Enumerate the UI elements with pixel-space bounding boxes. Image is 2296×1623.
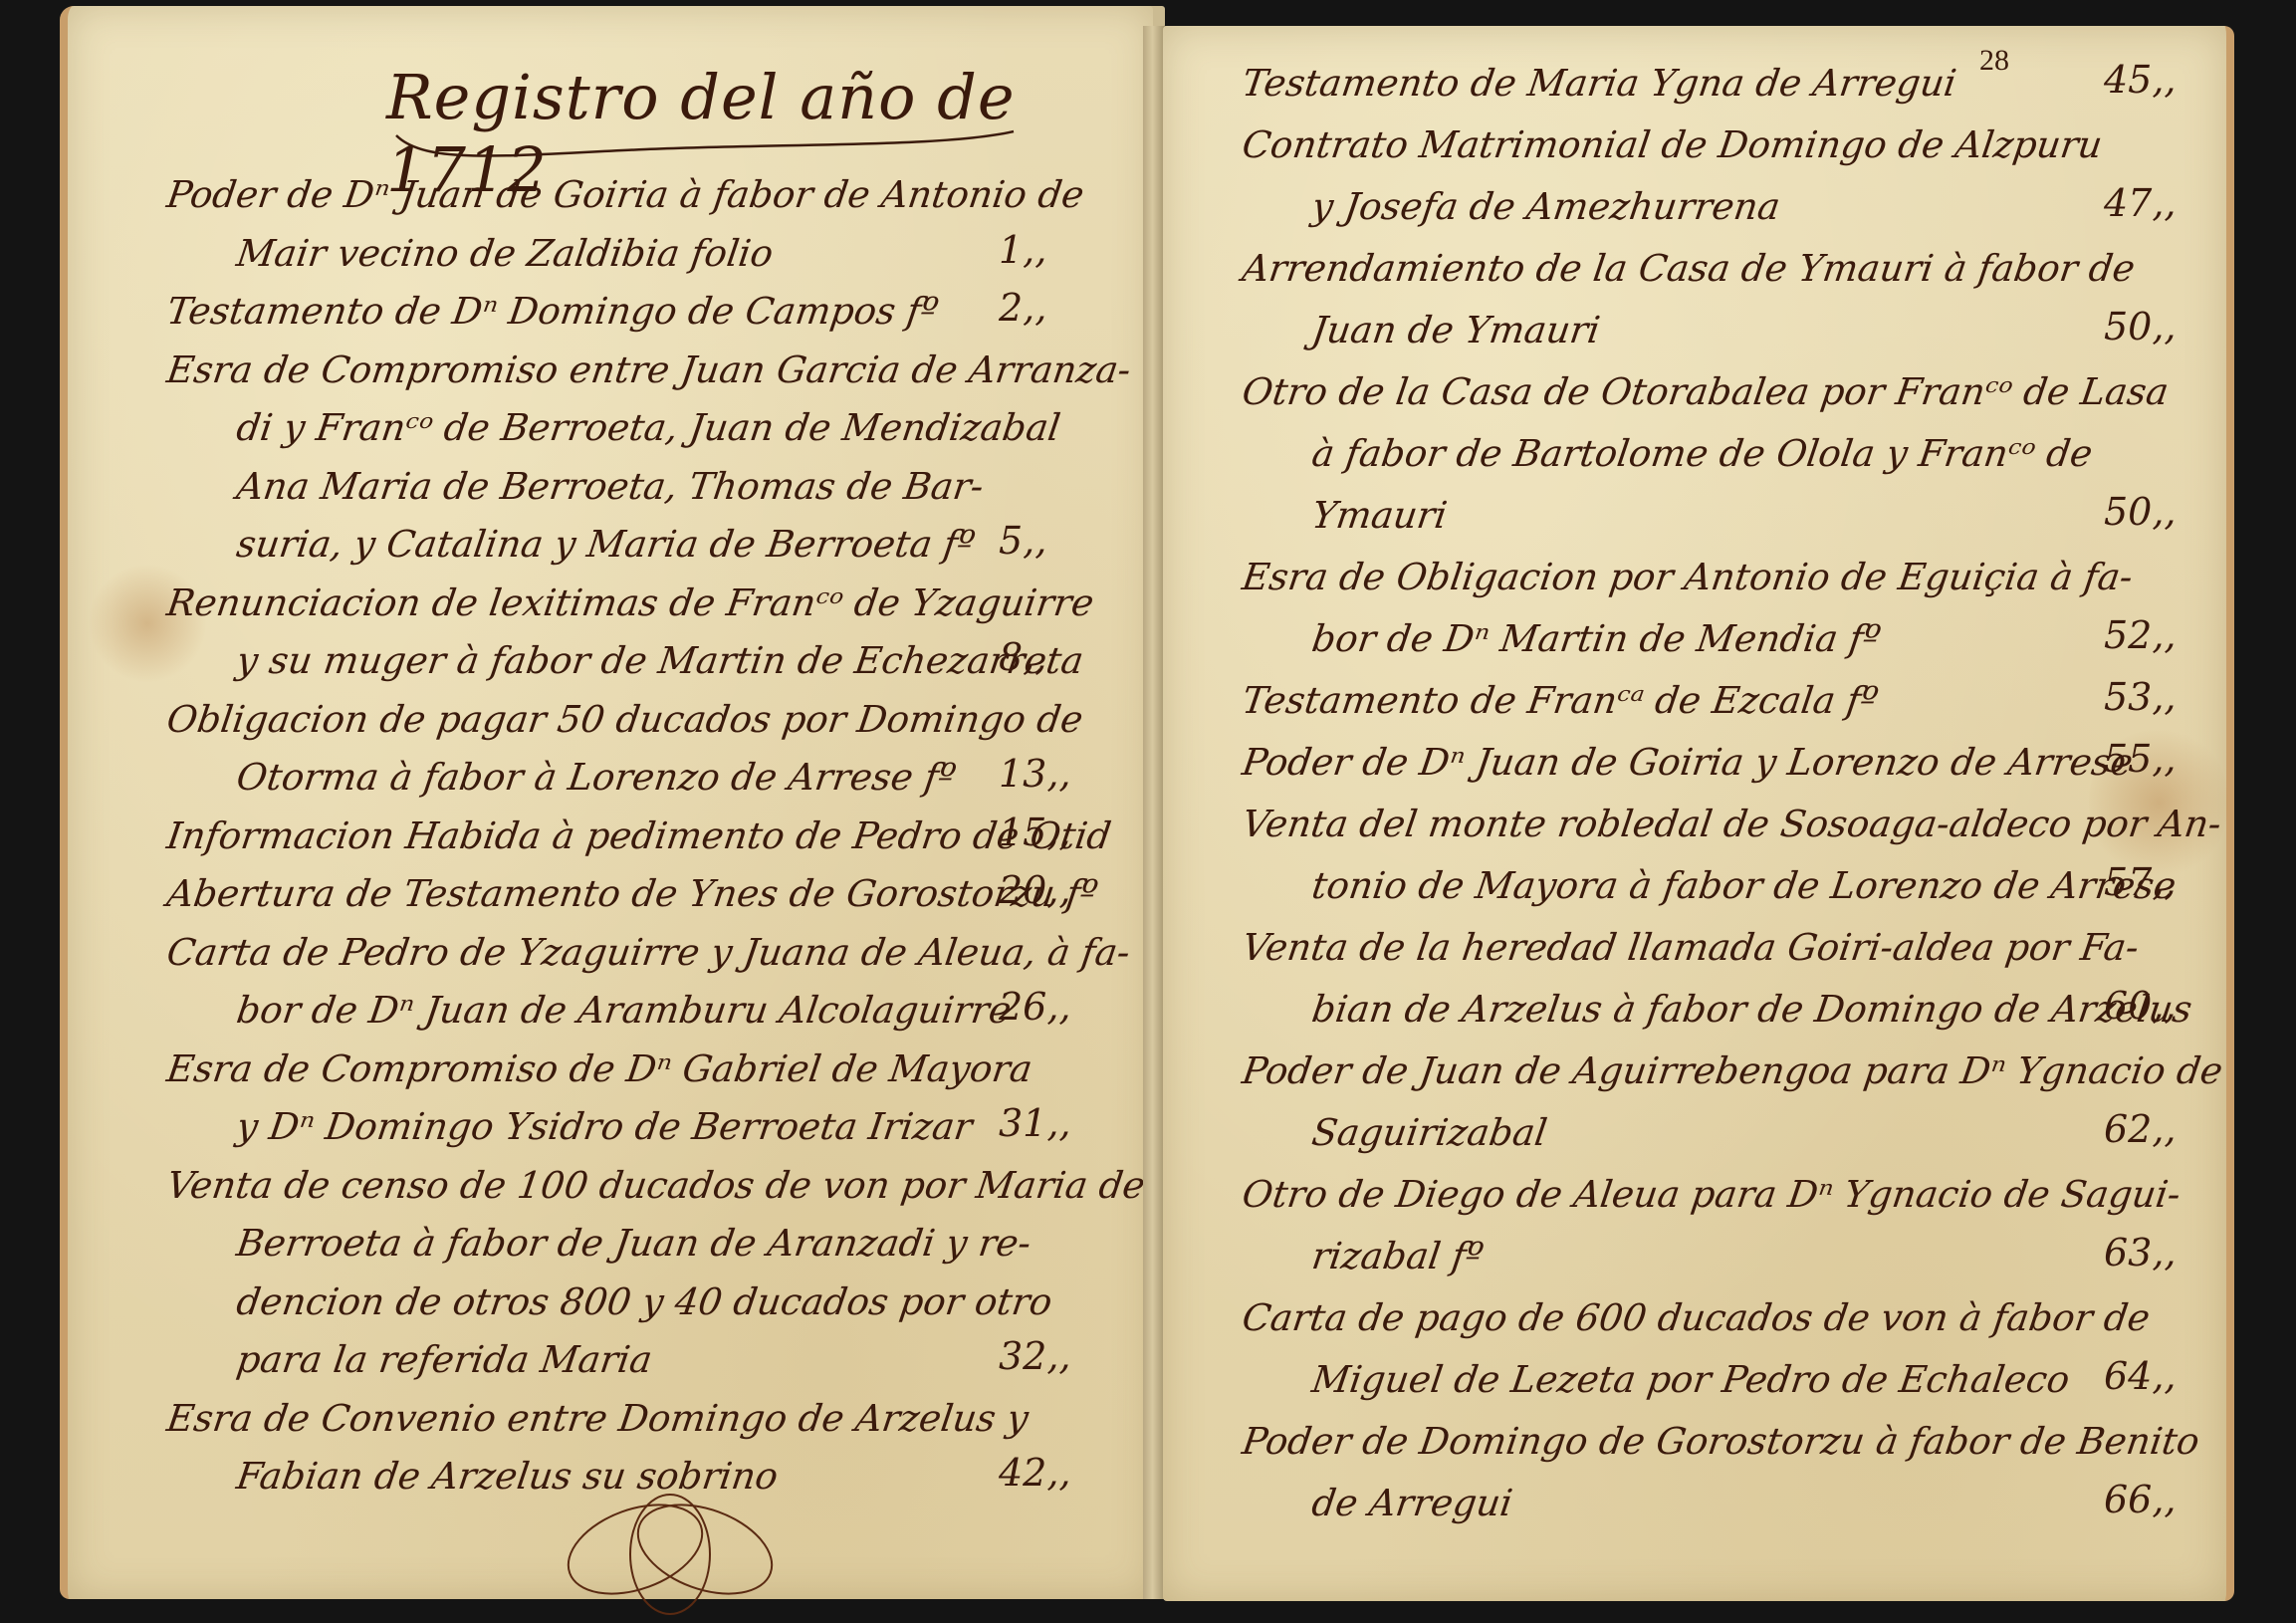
left-page: Registro del año de 1712 Poder de Dⁿ Jua… (60, 6, 1153, 1599)
folio-number: 15,, (999, 811, 1071, 854)
entry-line: Esra de Convenio entre Domingo de Arzelu… (164, 1397, 1032, 1440)
entry-line: Otro de Diego de Aleua para Dⁿ Ygnacio d… (1240, 1173, 2183, 1216)
folio-number: 13,, (999, 752, 1071, 796)
entry-line: Poder de Dⁿ Juan de Goiria à fabor de An… (164, 173, 1086, 216)
entry-line: di y Franᶜᵒ de Berroeta, Juan de Mendiza… (234, 406, 1063, 449)
entry-line: Berroeta à fabor de Juan de Aranzadi y r… (234, 1222, 1033, 1265)
entry-line: Poder de Domingo de Gorostorzu à fabor d… (1240, 1420, 2202, 1463)
entry-line: Renunciacion de lexitimas de Franᶜᵒ de Y… (164, 581, 1096, 624)
entry-line: Contrato Matrimonial de Domingo de Alzpu… (1240, 123, 2105, 166)
entry-line: suria, y Catalina y Maria de Berroeta fº (234, 523, 978, 566)
entry-line: Testamento de Maria Ygna de Arregui (1240, 62, 1958, 105)
entry-line: Venta de la heredad llamada Goiri-aldea … (1240, 926, 2142, 969)
entry-line: tonio de Mayora à fabor de Lorenzo de Ar… (1309, 864, 2179, 907)
folio-number: 55,, (2104, 737, 2177, 781)
folio-number: 50,, (2104, 490, 2177, 534)
entry-line: rizabal fº (1309, 1235, 1487, 1277)
entry-line: Venta del monte robledal de Sosoaga-alde… (1240, 803, 2224, 845)
entry-line: Testamento de Dⁿ Domingo de Campos fº (164, 290, 941, 333)
folio-number: 63,, (2104, 1231, 2177, 1275)
folio-number: 32,, (999, 1334, 1071, 1378)
entry-line: Arrendamiento de la Casa de Ymauri à fab… (1240, 247, 2138, 290)
entry-line: Carta de Pedro de Yzaguirre y Juana de A… (164, 931, 1133, 974)
folio-number: 64,, (2104, 1354, 2177, 1398)
entry-line: à fabor de Bartolome de Olola y Franᶜᵒ d… (1309, 432, 2095, 475)
folio-number: 50,, (2104, 305, 2177, 348)
folio-number: 31,, (999, 1101, 1071, 1145)
folio-number: 45,, (2104, 58, 2177, 102)
entry-line: Ana Maria de Berroeta, Thomas de Bar- (234, 465, 987, 508)
entry-line: Informacion Habida à pedimento de Pedro … (164, 814, 1114, 857)
folio-number: 52,, (2104, 613, 2177, 657)
folio-number: 26,, (999, 985, 1071, 1029)
entry-line: dencion de otros 800 y 40 ducados por ot… (234, 1280, 1054, 1323)
folio-number: 60,, (2104, 984, 2177, 1028)
folio-number: 66,, (2104, 1478, 2177, 1521)
right-page: 28 Testamento de Maria Ygna de Arregui45… (1163, 26, 2234, 1601)
folio-number: 57,, (2104, 860, 2177, 904)
entry-line: Ymauri (1309, 494, 1450, 537)
entry-line: Otro de la Casa de Otorabalea por Franᶜᵒ… (1240, 370, 2172, 413)
entry-line: de Arregui (1309, 1482, 1515, 1524)
folio-number: 2,, (999, 286, 1046, 330)
entry-line: y Dⁿ Domingo Ysidro de Berroeta Irizar (234, 1105, 975, 1148)
entry-line: Carta de pago de 600 ducados de von à fa… (1240, 1296, 2153, 1339)
entry-line: Poder de Juan de Aguirrebengoa para Dⁿ Y… (1240, 1049, 2225, 1092)
entry-line: y su muger à fabor de Martin de Echezarr… (234, 639, 1086, 682)
entry-line: para la referida Maria (234, 1338, 655, 1381)
entry-line: Esra de Obligacion por Antonio de Eguiçi… (1240, 556, 2136, 598)
folio-number: 53,, (2104, 675, 2177, 719)
entry-line: Esra de Compromiso de Dⁿ Gabriel de Mayo… (164, 1047, 1034, 1090)
entry-line: Otorma à fabor à Lorenzo de Arrese fº (234, 756, 959, 799)
entry-line: Obligacion de pagar 50 ducados por Domin… (164, 698, 1085, 741)
entry-line: Mair vecino de Zaldibia folio (234, 232, 776, 275)
entry-line: Juan de Ymauri (1309, 309, 1603, 351)
folio-number: 42,, (999, 1451, 1071, 1495)
entry-line: Venta de censo de 100 ducados de von por… (164, 1164, 1148, 1207)
entry-line: Miguel de Lezeta por Pedro de Echaleco (1309, 1358, 2072, 1401)
entry-line: Testamento de Franᶜᵃ de Ezcala fº (1240, 679, 1881, 722)
folio-number: 8,, (999, 635, 1046, 679)
entry-line: bian de Arzelus à fabor de Domingo de Ar… (1309, 988, 2194, 1031)
right-entry-list: Testamento de Maria Ygna de Arregui45,,C… (1163, 26, 2226, 1601)
folio-number: 5,, (999, 519, 1046, 563)
folio-number: 47,, (2104, 181, 2177, 225)
entry-line: Saguirizabal (1309, 1111, 1549, 1154)
end-flourish-icon (546, 1480, 804, 1619)
entry-line: bor de Dⁿ Juan de Aramburu Alcolaguirre (234, 989, 1014, 1032)
entry-line: Poder de Dⁿ Juan de Goiria y Lorenzo de … (1240, 741, 2136, 784)
folio-number: 1,, (999, 228, 1046, 272)
entry-line: Esra de Compromiso entre Juan Garcia de … (164, 348, 1133, 391)
entry-line: y Josefa de Amezhurrena (1309, 185, 1783, 228)
entry-line: bor de Dⁿ Martin de Mendia fº (1309, 617, 1884, 660)
left-entry-list: Poder de Dⁿ Juan de Goiria à fabor de An… (68, 6, 1153, 1599)
entry-line: Abertura de Testamento de Ynes de Gorost… (164, 872, 1100, 915)
folio-number: 62,, (2104, 1107, 2177, 1151)
folio-number: 20,, (999, 868, 1071, 912)
manuscript-spread: Registro del año de 1712 Poder de Dⁿ Jua… (60, 6, 2236, 1611)
